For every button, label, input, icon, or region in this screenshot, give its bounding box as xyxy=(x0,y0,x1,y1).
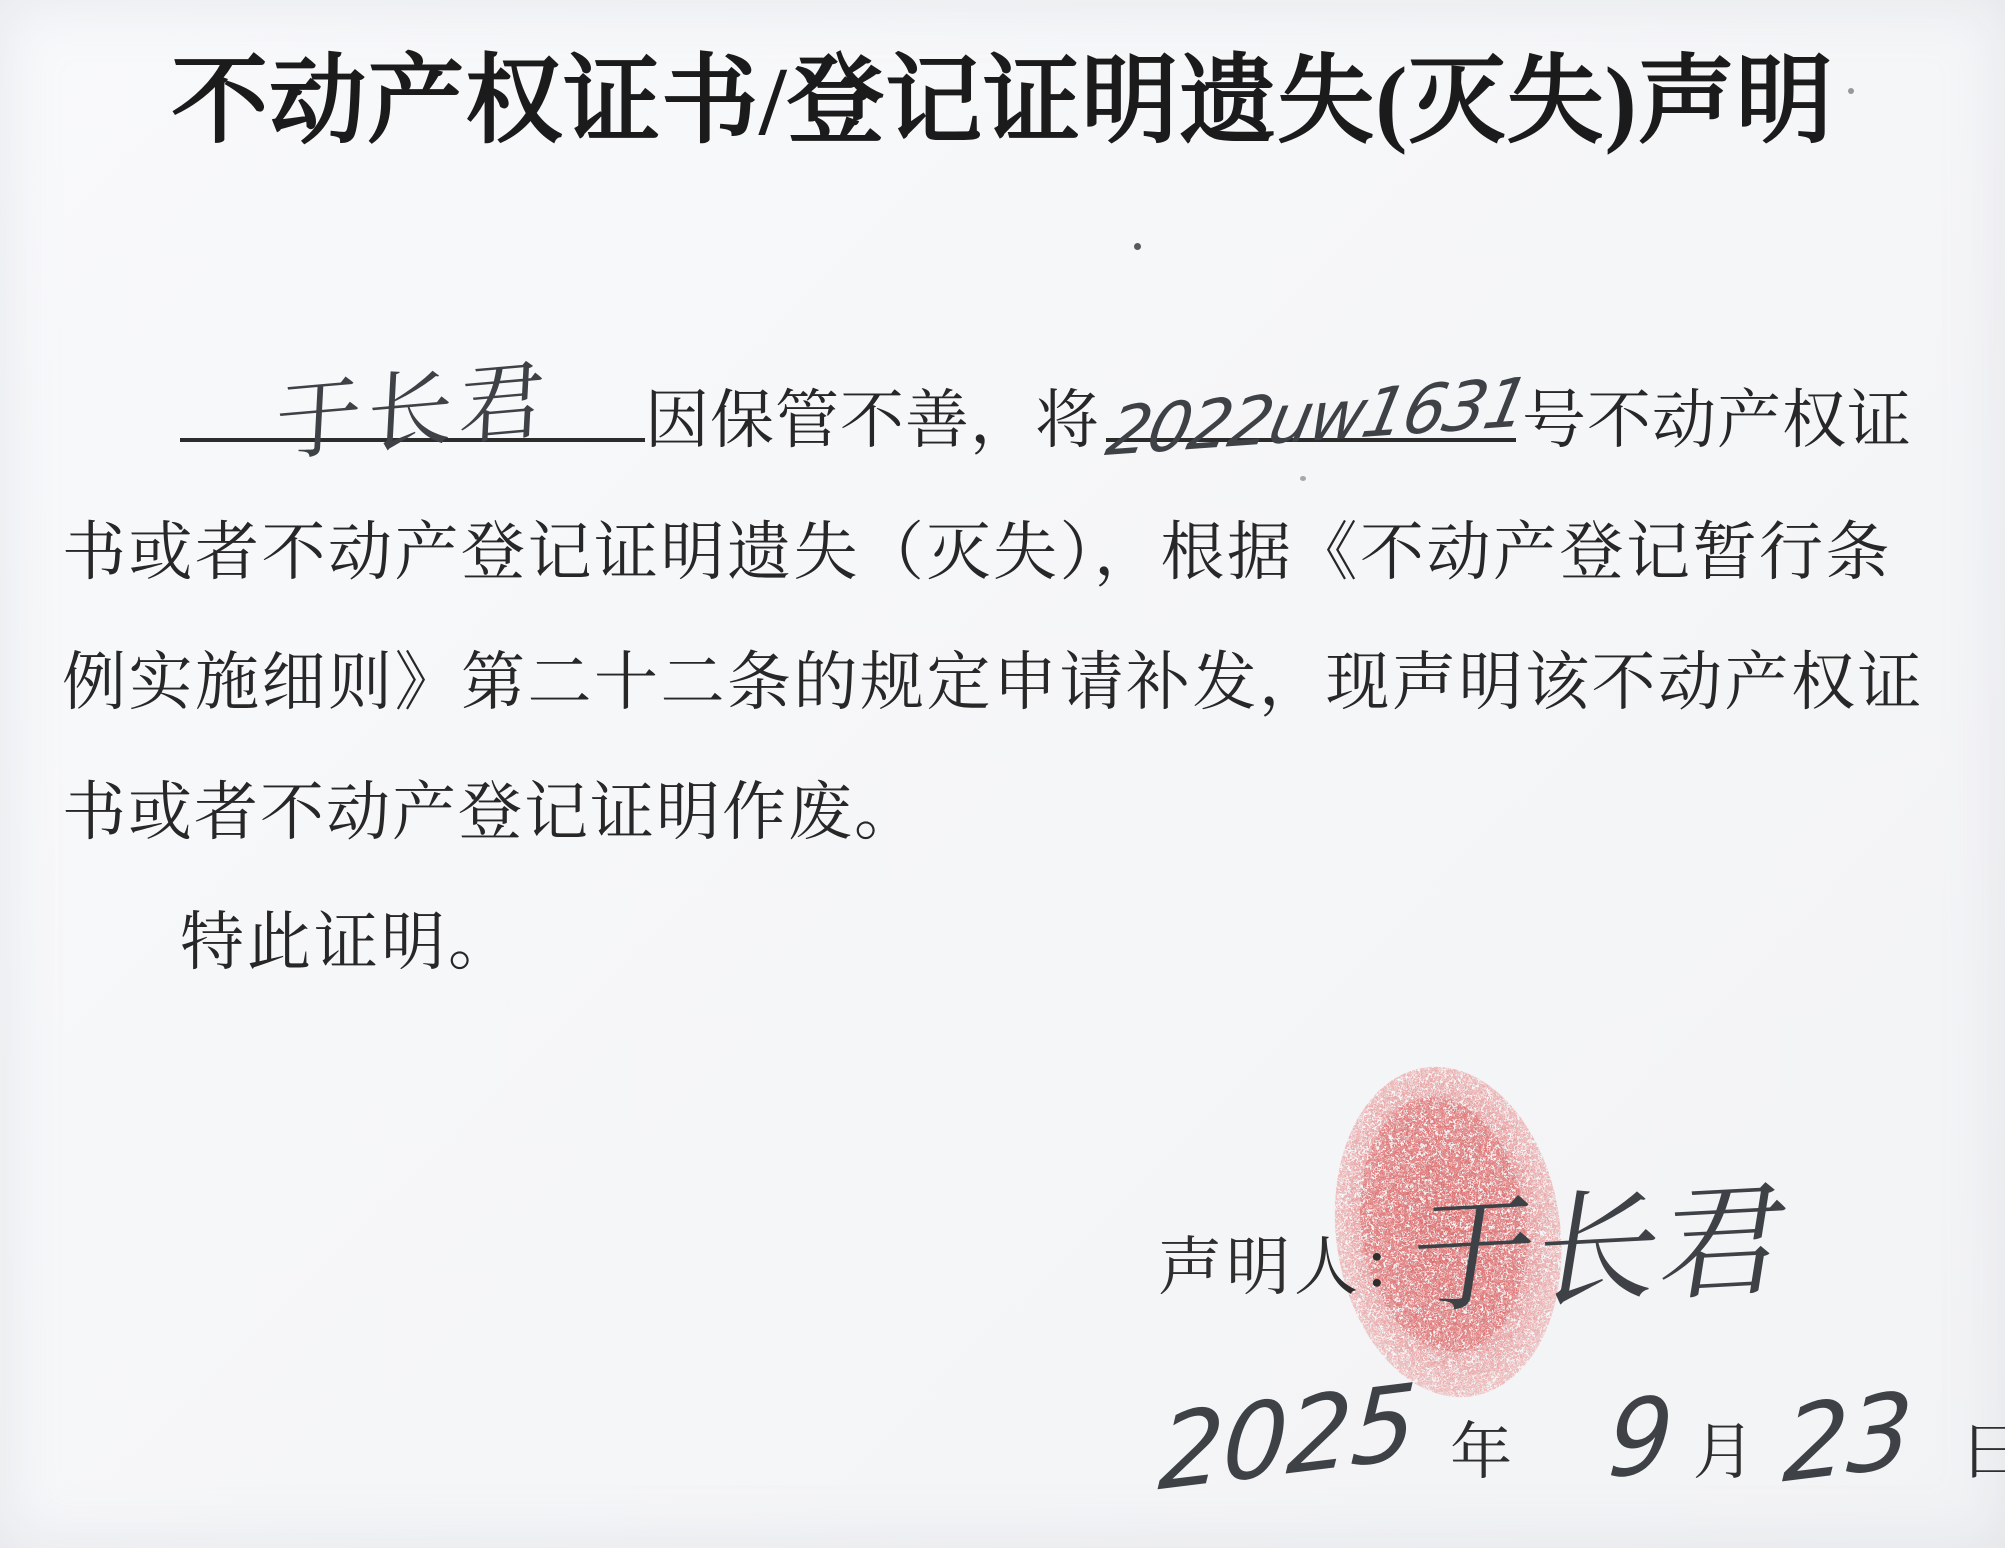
scanned-declaration-document: 不动产权证书/登记证明遗失(灭失)声明 于长君因保管不善，将2022uw1631… xyxy=(0,0,2005,1548)
signature-handwriting: 于长君 xyxy=(1398,1139,1804,1339)
month-handwriting: 9 xyxy=(1605,1373,1675,1503)
year-handwriting: 2025 xyxy=(1156,1361,1419,1514)
certificate-number-blank: 2022uw1631 xyxy=(1106,438,1516,442)
declarant-name-blank: 于长君 xyxy=(180,438,645,442)
closing-text: 特此证明。 xyxy=(180,907,515,978)
month-unit-label: 月 xyxy=(1693,1402,1755,1491)
declaration-line-3: 例实施细则》第二十二条的规定申请补发，现声明该不动产权证 xyxy=(62,646,2005,720)
printed-text-after-number: 号不动产权证 xyxy=(1522,385,1912,456)
document-title: 不动产权证书/登记证明遗失(灭失)声明 xyxy=(0,22,2005,162)
closing-statement: 特此证明。 xyxy=(62,906,2005,980)
year-unit-label: 年 xyxy=(1450,1402,1512,1491)
declaration-line-2: 书或者不动产登记证明遗失（灭失），根据《不动产登记暂行条 xyxy=(62,516,2005,590)
ink-speck xyxy=(1848,88,1854,94)
date-line: 2025 年 9 月 23 日 xyxy=(1158,1378,2005,1498)
ink-speck xyxy=(1300,476,1306,481)
declarant-name-handwriting: 于长君 xyxy=(272,351,552,475)
printed-text-after-name: 因保管不善，将 xyxy=(645,385,1100,456)
day-handwriting: 23 xyxy=(1780,1369,1914,1506)
declaration-line-1: 于长君因保管不善，将2022uw1631号不动产权证 xyxy=(62,384,2005,458)
ink-speck xyxy=(1134,243,1141,250)
declaration-line-4: 书或者不动产登记证明作废。 xyxy=(62,776,2005,850)
declarant-label: 声明人： xyxy=(1158,1216,1430,1308)
day-unit-label: 日 xyxy=(1960,1402,2005,1491)
certificate-number-handwriting: 2022uw1631 xyxy=(1100,364,1534,472)
